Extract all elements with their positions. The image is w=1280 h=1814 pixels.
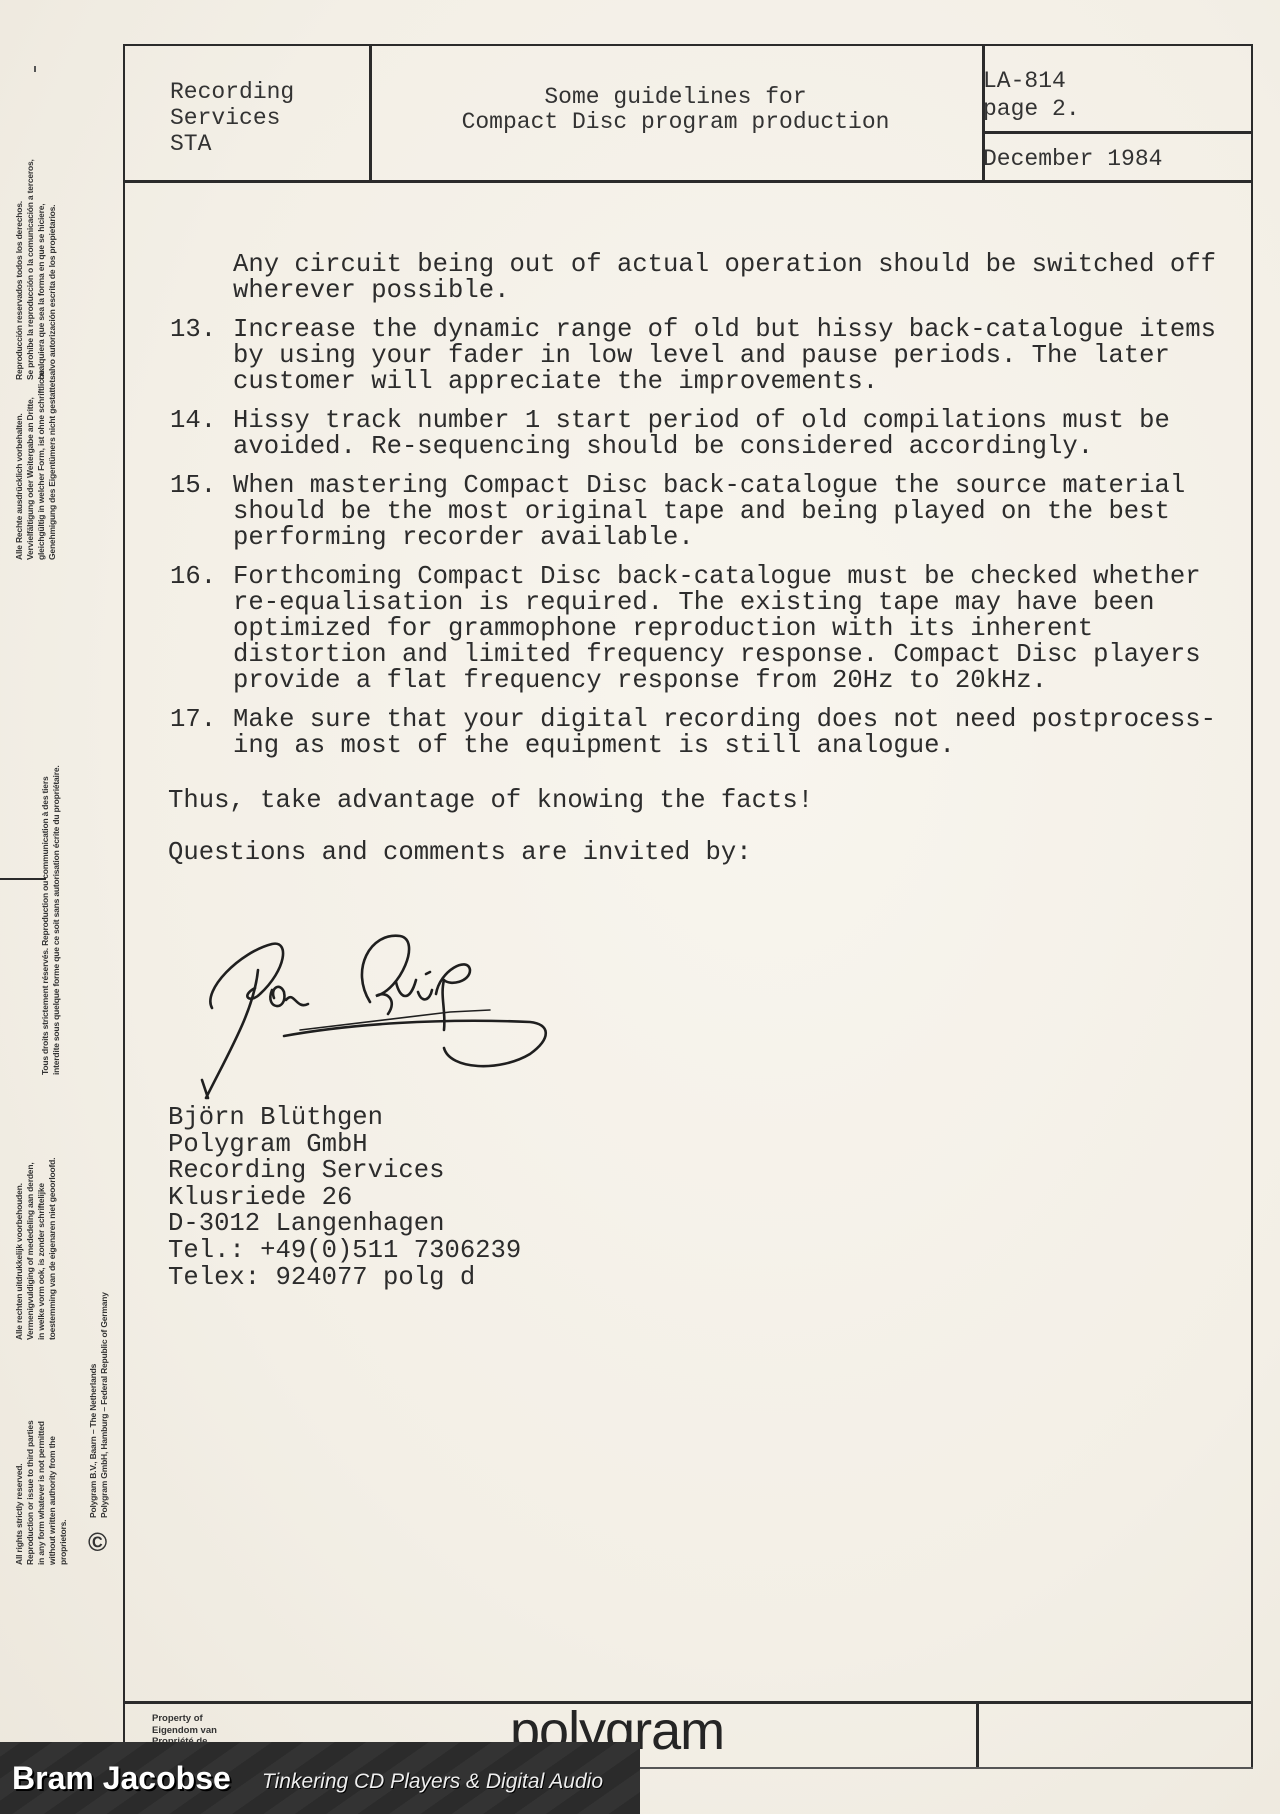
document-reference: LA-814: [983, 68, 1066, 94]
item-number: 17.: [170, 707, 216, 733]
legal-text-spanish: Reproducción reservados todos los derech…: [14, 159, 58, 380]
item-number: 13.: [170, 317, 216, 343]
list-item-line: Make sure that your digital recording do…: [233, 707, 1216, 733]
item-number: 15.: [170, 473, 216, 499]
list-item-line: avoided. Re-sequencing should be conside…: [233, 434, 1093, 460]
legal-text-german: Alle Rechte ausdrücklich vorbehalten. Ve…: [14, 370, 58, 560]
address-street: Klusriede 26: [168, 1185, 352, 1211]
list-item-line: optimized for grammophone reproduction w…: [233, 616, 1093, 642]
list-item-line: re-equalisation is required. The existin…: [233, 590, 1155, 616]
department-line-2: Services: [170, 105, 280, 131]
continuation-line: wherever possible.: [233, 278, 509, 304]
legal-text-dutch: Alle rechten uitdrukkelijk voorbehouden.…: [14, 1158, 58, 1340]
list-item-line: distortion and limited frequency respons…: [233, 642, 1201, 668]
list-item-line: Increase the dynamic range of old but hi…: [233, 317, 1216, 343]
closing-line: Thus, take advantage of knowing the fact…: [168, 788, 813, 814]
page-number: page 2.: [983, 96, 1080, 122]
list-item-line: performing recorder available.: [233, 525, 694, 551]
address-department: Recording Services: [168, 1158, 444, 1184]
header-divider: [123, 180, 1253, 183]
address-company: Polygram GmbH: [168, 1132, 368, 1158]
department-line-1: Recording: [170, 79, 294, 105]
department-line-3: STA: [170, 131, 211, 157]
margin-mark: [0, 878, 46, 880]
address-name: Björn Blüthgen: [168, 1105, 383, 1131]
invite-line: Questions and comments are invited by:: [168, 840, 752, 866]
document-title-line-1: Some guidelines for: [369, 84, 982, 110]
footer-col-divider: [976, 1701, 979, 1769]
list-item-line: ing as most of the equipment is still an…: [233, 733, 955, 759]
watermark-name: Bram Jacobse: [12, 1760, 231, 1797]
legal-text-english: All rights strictly reserved. Reproducti…: [14, 1421, 69, 1565]
list-item-line: When mastering Compact Disc back-catalog…: [233, 473, 1185, 499]
list-item-line: should be the most original tape and bei…: [233, 499, 1170, 525]
item-number: 16.: [170, 564, 216, 590]
watermark-banner: Bram Jacobse Tinkering CD Players & Digi…: [0, 1742, 640, 1814]
handwritten-signature: [200, 930, 560, 1110]
footer-bottom-line: [640, 1767, 1253, 1769]
watermark-tagline: Tinkering CD Players & Digital Audio: [262, 1770, 603, 1794]
list-item-line: provide a flat frequency response from 2…: [233, 668, 1047, 694]
copyright-icon: ©: [88, 1527, 107, 1558]
address-city: D-3012 Langenhagen: [168, 1211, 444, 1237]
address-tel: Tel.: +49(0)511 7306239: [168, 1238, 521, 1264]
item-number: 14.: [170, 408, 216, 434]
legal-text-french: Tous droits strictement réservés. Reprod…: [40, 765, 62, 1075]
header-ref-divider: [982, 131, 1253, 134]
continuation-line: Any circuit being out of actual operatio…: [233, 252, 1216, 278]
list-item-line: Hissy track number 1 start period of old…: [233, 408, 1170, 434]
document-title-line-2: Compact Disc program production: [369, 109, 982, 135]
address-telex: Telex: 924077 polg d: [168, 1265, 475, 1291]
document-date: December 1984: [983, 146, 1162, 172]
margin-tick: [34, 66, 36, 72]
legal-text-polygram: Polygram B.V., Baarn – The Netherlands P…: [88, 1292, 110, 1518]
list-item-line: by using your fader in low level and pau…: [233, 343, 1170, 369]
list-item-line: customer will appreciate the improvement…: [233, 369, 878, 395]
list-item-line: Forthcoming Compact Disc back-catalogue …: [233, 564, 1201, 590]
